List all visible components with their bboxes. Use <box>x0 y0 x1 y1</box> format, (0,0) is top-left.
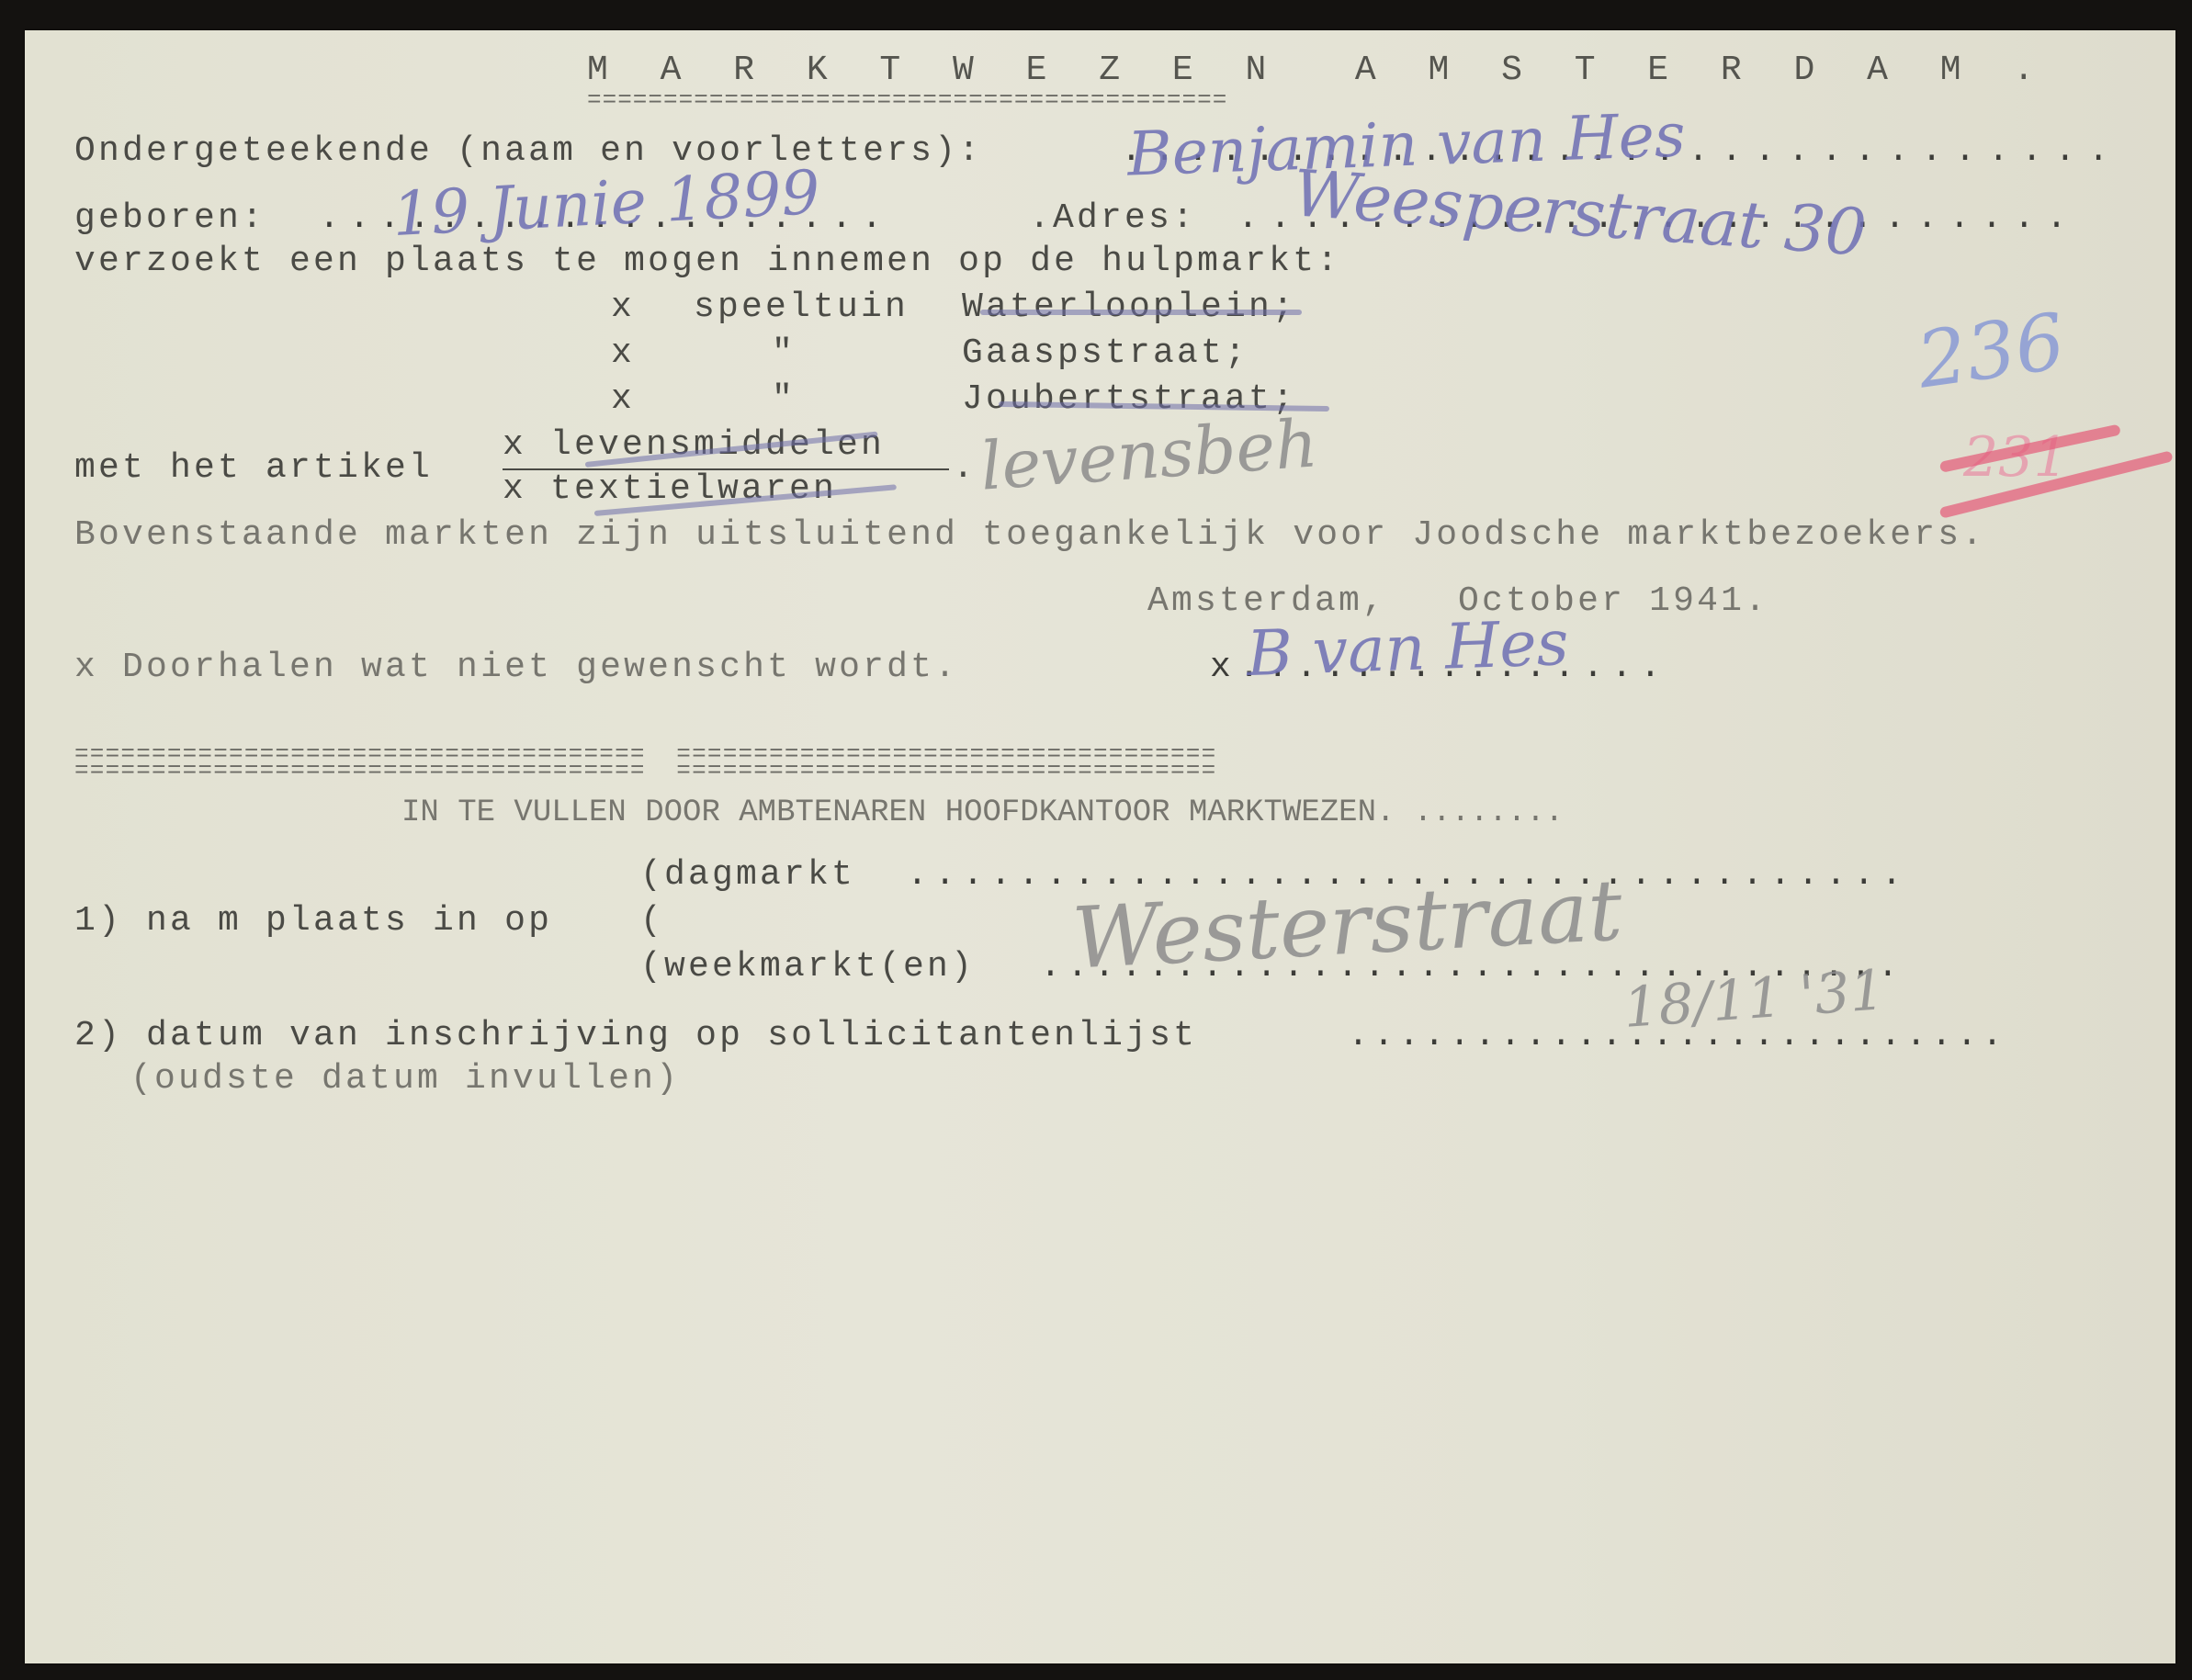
title-underline: ========================================… <box>587 91 1227 109</box>
strike-note: x Doorhalen wat niet gewenscht wordt. <box>74 648 958 688</box>
office-heading: IN TE VULLEN DOOR AMBTENAREN HOOFDKANTOO… <box>401 793 1564 833</box>
market-2-name: Gaaspstraat; <box>962 333 1249 374</box>
market-2-marker: x <box>611 333 635 374</box>
request-line: verzoekt een plaats te mogen innemen op … <box>74 242 1340 282</box>
address-label: .Adres: <box>1029 198 1196 239</box>
article-label: met het artikel <box>74 448 433 489</box>
signature-handwritten: B van Hes <box>1246 607 1570 691</box>
weekmarkt-label: (weekmarkt(en) <box>640 947 975 987</box>
index-card: M A R K T W E Z E N A M S T E R D A M . … <box>25 30 2175 1663</box>
item-2-sub: (oudste datum invullen) <box>130 1059 680 1099</box>
item-2-label: 2) datum van inschrijving op sollicitant… <box>74 1016 1197 1056</box>
name-label: Ondergeteekende (naam en voorletters): <box>74 131 982 172</box>
market-3-type: " <box>772 379 796 420</box>
dagmarkt-label: (dagmarkt <box>640 855 855 896</box>
article-option-levensmiddelen: x levensmiddelen <box>503 425 885 466</box>
section-divider-2: ===================================== ==… <box>74 761 1216 780</box>
document-title: M A R K T W E Z E N A M S T E R D A M . <box>587 51 2050 91</box>
market-1-name: Waterlooplein; <box>962 288 1296 328</box>
strike-waterlooplein <box>980 310 1302 315</box>
market-2-type: " <box>772 333 796 374</box>
item-1-label: 1) na m plaats in op <box>74 901 552 941</box>
market-1-type: speeltuin <box>694 288 909 328</box>
born-label: geboren: <box>74 198 266 239</box>
article-period: . <box>953 448 977 489</box>
market-1-marker: x <box>611 288 635 328</box>
notice-text: Bovenstaande markten zijn uitsluitend to… <box>74 515 1985 556</box>
margin-number: 236 <box>1912 296 2070 405</box>
market-3-marker: x <box>611 379 635 420</box>
brace-middle: ( <box>640 901 664 941</box>
